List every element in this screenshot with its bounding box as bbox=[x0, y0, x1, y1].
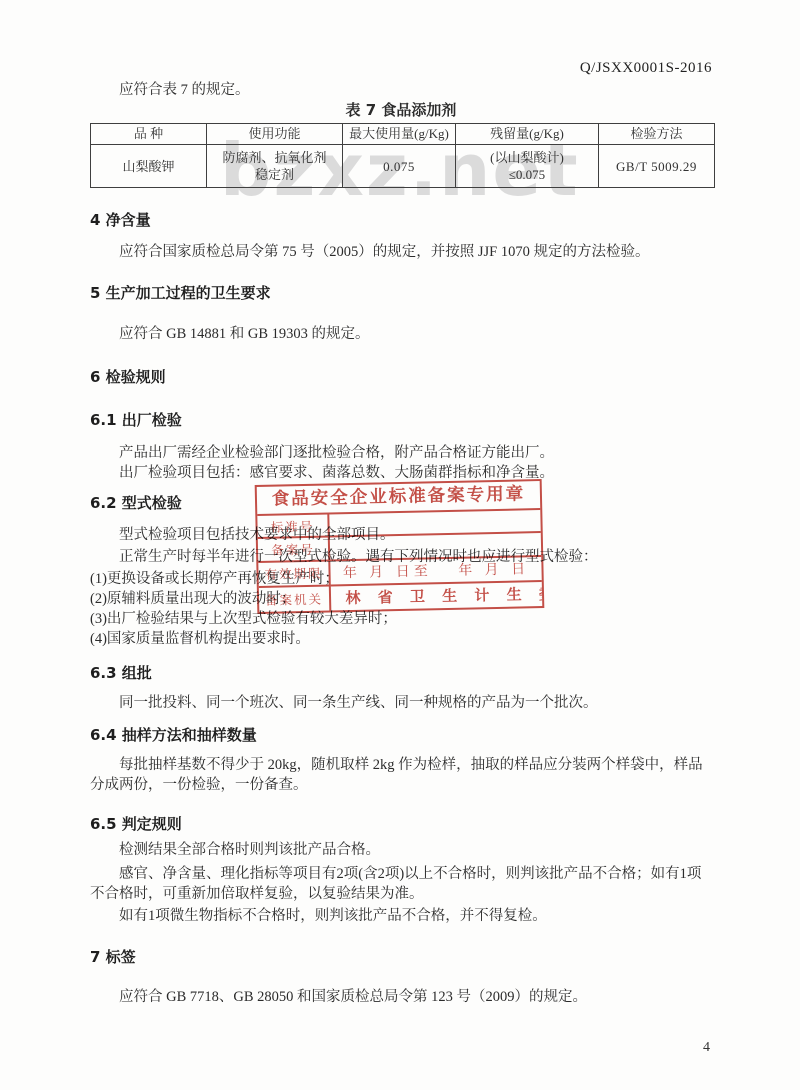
col-method: 检验方法 bbox=[599, 124, 715, 145]
section6-3-heading: 6.3 组批 bbox=[90, 663, 712, 683]
cell-residue: (以山梨酸计) ≤0.075 bbox=[456, 145, 599, 188]
section6-2-heading: 6.2 型式检验 bbox=[90, 493, 712, 513]
section6-3-body: 同一批投料、同一个班次、同一条生产线、同一种规格的产品为一个批次。 bbox=[90, 693, 712, 713]
intro-text: 应符合表 7 的规定。 bbox=[90, 80, 712, 100]
section6-heading: 6 检验规则 bbox=[90, 367, 712, 387]
col-max-use: 最大使用量(g/Kg) bbox=[343, 124, 456, 145]
section4-body: 应符合国家质检总局令第 75 号（2005）的规定，并按照 JJF 1070 规… bbox=[90, 242, 712, 262]
section6-5-line2: 感官、净含量、理化指标等项目有2项(含2项)以上不合格时，则判该批产品不合格；如… bbox=[90, 864, 712, 904]
col-function: 使用功能 bbox=[207, 124, 343, 145]
section6-2-item1: (1)更换设备或长期停产再恢复生产时； bbox=[90, 569, 712, 589]
table7-additives: 品 种 使用功能 最大使用量(g/Kg) 残留量(g/Kg) 检验方法 山梨酸钾… bbox=[90, 123, 715, 188]
section6-1-heading: 6.1 出厂检验 bbox=[90, 410, 712, 430]
col-variety: 品 种 bbox=[91, 124, 207, 145]
section5-heading: 5 生产加工过程的卫生要求 bbox=[90, 283, 712, 303]
table7-header-row: 品 种 使用功能 最大使用量(g/Kg) 残留量(g/Kg) 检验方法 bbox=[91, 124, 715, 145]
function-line1: 防腐剂、抗氧化剂 bbox=[222, 150, 326, 165]
section6-1-line2: 出厂检验项目包括：感官要求、菌落总数、大肠菌群指标和净含量。 bbox=[90, 463, 712, 483]
cell-function: 防腐剂、抗氧化剂 稳定剂 bbox=[207, 145, 343, 188]
section6-1-line1: 产品出厂需经企业检验部门逐批检验合格，附产品合格证方能出厂。 bbox=[90, 443, 712, 463]
page-content: Q/JSXX0001S-2016 应符合表 7 的规定。 表 7 食品添加剂 品… bbox=[90, 58, 712, 1007]
table7-title: 表 7 食品添加剂 bbox=[90, 100, 712, 120]
section6-2-item2: (2)原辅料质量出现大的波动时； bbox=[90, 589, 712, 609]
section6-4-heading: 6.4 抽样方法和抽样数量 bbox=[90, 725, 712, 745]
section6-2-line2: 正常生产时每半年进行一次型式检验。遇有下列情况时也应进行型式检验： bbox=[90, 547, 712, 567]
table-row: 山梨酸钾 防腐剂、抗氧化剂 稳定剂 0.075 (以山梨酸计) ≤0.075 G… bbox=[91, 145, 715, 188]
residue-line2: ≤0.075 bbox=[509, 167, 545, 182]
residue-line1: (以山梨酸计) bbox=[490, 150, 564, 165]
col-residue: 残留量(g/Kg) bbox=[456, 124, 599, 145]
cell-max-use: 0.075 bbox=[343, 145, 456, 188]
section6-5-heading: 6.5 判定规则 bbox=[90, 814, 712, 834]
section6-5-line1: 检测结果全部合格时则判该批产品合格。 bbox=[90, 840, 712, 860]
section6-2-line1: 型式检验项目包括技术要求中的全部项目。 bbox=[90, 525, 712, 545]
standard-number: Q/JSXX0001S-2016 bbox=[90, 58, 712, 78]
section6-5-line3: 如有1项微生物指标不合格时，则判该批产品不合格，并不得复检。 bbox=[90, 906, 712, 926]
document-page: bzxz.net Q/JSXX0001S-2016 应符合表 7 的规定。 表 … bbox=[0, 0, 800, 1090]
section7-body: 应符合 GB 7718、GB 28050 和国家质检总局令第 123 号（200… bbox=[90, 987, 712, 1007]
section6-2-item3: (3)出厂检验结果与上次型式检验有较大差异时； bbox=[90, 609, 712, 629]
section5-body: 应符合 GB 14881 和 GB 19303 的规定。 bbox=[90, 324, 712, 344]
page-number: 4 bbox=[703, 1040, 710, 1056]
function-line2: 稳定剂 bbox=[255, 167, 294, 182]
section4-heading: 4 净含量 bbox=[90, 210, 712, 230]
section6-2-item4: (4)国家质量监督机构提出要求时。 bbox=[90, 629, 712, 649]
section7-heading: 7 标签 bbox=[90, 947, 712, 967]
cell-variety: 山梨酸钾 bbox=[91, 145, 207, 188]
section6-4-body: 每批抽样基数不得少于 20kg，随机取样 2kg 作为检样，抽取的样品应分装两个… bbox=[90, 755, 712, 795]
cell-method: GB/T 5009.29 bbox=[599, 145, 715, 188]
